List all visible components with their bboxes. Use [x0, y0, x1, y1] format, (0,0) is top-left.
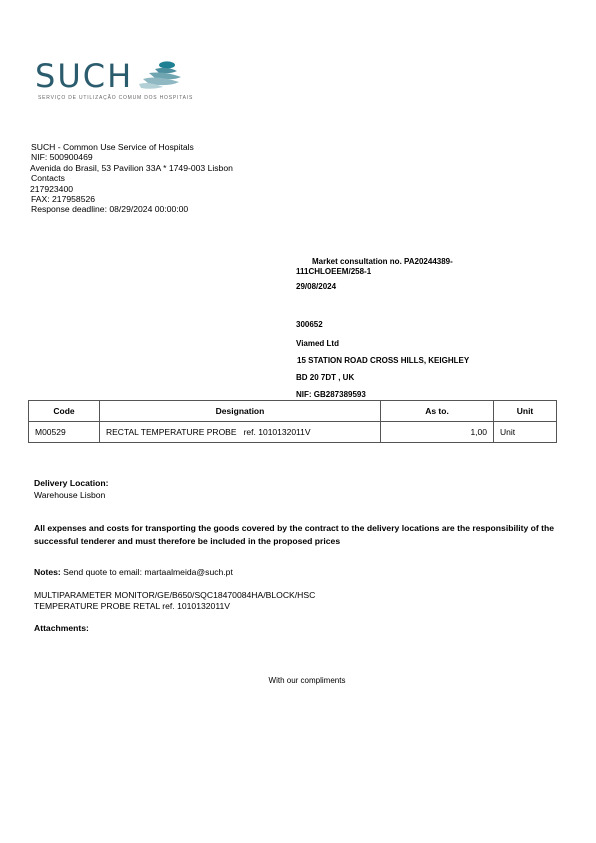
- item-quantity: 1,00: [381, 422, 494, 443]
- table-row: M00529 RECTAL TEMPERATURE PROBE ref. 101…: [29, 422, 557, 443]
- expenses-notice: All expenses and costs for transporting …: [34, 522, 574, 548]
- consultation-number-line2: 111CHLOEEM/258-1: [296, 267, 371, 276]
- logo-tagline: SERVIÇO DE UTILIZAÇÃO COMUM DOS HOSPITAI…: [38, 95, 193, 101]
- header-quantity: As to.: [381, 401, 494, 422]
- item-code: M00529: [29, 422, 100, 443]
- notes-line: Notes: Send quote to email: martaalmeida…: [34, 566, 233, 578]
- swirl-logo-icon: [137, 60, 183, 90]
- notes-value: Send quote to email: martaalmeida@such.p…: [63, 567, 233, 577]
- consultation-date: 29/08/2024: [296, 282, 336, 291]
- consultation-number-line1: Market consultation no. PA20244389-: [312, 257, 453, 266]
- header-designation: Designation: [100, 401, 381, 422]
- sender-phone: 217923400: [30, 184, 233, 194]
- attachments-label: Attachments:: [34, 622, 89, 634]
- logo-wordmark: SUCH: [35, 58, 133, 94]
- sender-contacts-label: Contacts: [31, 173, 233, 183]
- delivery-location-label: Delivery Location:: [34, 477, 109, 489]
- recipient-address: 15 STATION ROAD CROSS HILLS, KEIGHLEY: [297, 356, 469, 365]
- notes-label: Notes:: [34, 567, 61, 577]
- table-header-row: Code Designation As to. Unit: [29, 401, 557, 422]
- header-code: Code: [29, 401, 100, 422]
- sender-name: SUCH - Common Use Service of Hospitals: [31, 142, 233, 152]
- sender-block: SUCH - Common Use Service of Hospitals N…: [31, 142, 233, 215]
- sender-fax: FAX: 217958526: [31, 194, 233, 204]
- recipient-nif: NIF: GB287389593: [296, 390, 366, 399]
- closing-text: With our compliments: [0, 675, 596, 687]
- response-deadline: Response deadline: 08/29/2024 00:00:00: [31, 204, 233, 214]
- items-table: Code Designation As to. Unit M00529 RECT…: [28, 400, 557, 443]
- recipient-postcode: BD 20 7DT , UK: [296, 373, 354, 382]
- header-unit: Unit: [494, 401, 557, 422]
- recipient-name: Viamed Ltd: [296, 339, 339, 348]
- item-designation: RECTAL TEMPERATURE PROBE ref. 1010132011…: [100, 422, 381, 443]
- notes-item-line2: TEMPERATURE PROBE RETAL ref. 1010132011V: [34, 600, 230, 612]
- delivery-location-value: Warehouse Lisbon: [34, 489, 105, 501]
- recipient-code: 300652: [296, 320, 323, 329]
- sender-address: Avenida do Brasil, 53 Pavilion 33A * 174…: [30, 163, 233, 173]
- item-unit: Unit: [494, 422, 557, 443]
- sender-nif: NIF: 500900469: [31, 152, 233, 162]
